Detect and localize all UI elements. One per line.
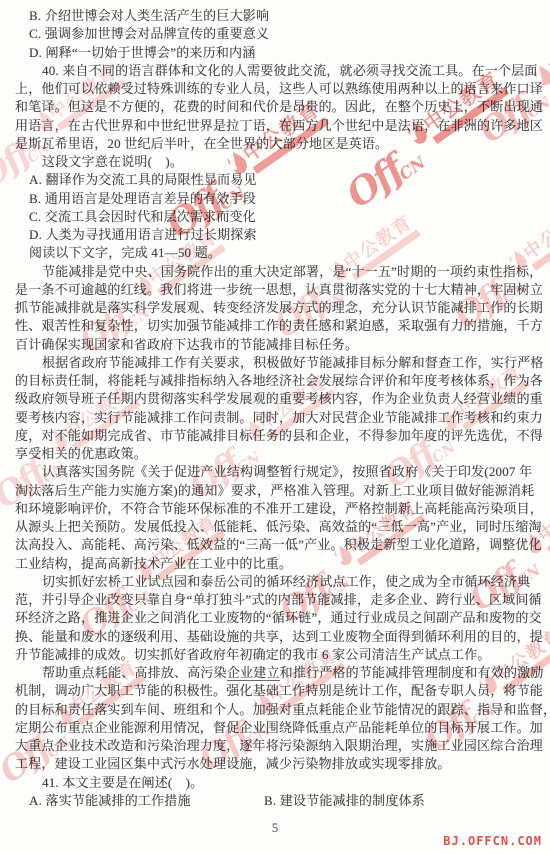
text-line: C. 强调参加世博会对品牌宣传的重要意义: [15, 25, 540, 43]
text-line: 用语言，在古代世界和中世纪世界是拉丁语，在西方几个世纪中是法语，在非洲的许多地区: [15, 117, 540, 135]
text-line: 的目标责任制，将能耗与减排指标纳入各地经济社会发展综合评价和年度考核体系，作为各: [15, 372, 540, 390]
text-line: 和笔译。但这是不方便的，花费的时间和代价是昂贵的。因此，在整个历史上，不断出现通: [15, 98, 540, 116]
text-line: B. 通用语言是处理语言差异的有效手段: [15, 190, 540, 208]
text-line: 工业结构，提高高新技术产业在工业中的比重。: [15, 555, 540, 573]
text-line: 淘汰落后生产能力实施方案)的通知》要求，严格准入管理。对新上工业项目做好能源消耗: [15, 482, 540, 500]
text-line: 是一条不可逾越的红线。我们将进一步统一思想，认真贯彻落实党的十七大精神，牢固树立: [15, 281, 540, 299]
document-page: OffCN中公教育OffCN中公教育OffCN中公教育OffCN中公教育OffC…: [0, 0, 550, 853]
text-line: 这段文字意在说明( )。: [15, 153, 540, 171]
site-watermark: BJ.OFFCN.COM: [443, 834, 542, 848]
text-line: 机制，调动广大职工节能的积极性。强化基础工作特别是统计工作，配备专职人员，将节能: [15, 682, 540, 700]
text-line: 大重点企业技术改造和污染治理力度，逐年将污染源纳入限期治理，实施工业园区综合治理: [15, 737, 540, 755]
text-line: 升节能减排的成效。切实抓好省政府年初确定的我市 6 家公司清洁生产试点工作。: [15, 646, 540, 664]
text-line: A. 翻译作为交流工具的局限性显而易见: [15, 171, 540, 189]
text-line: 从源头上把关预防。发展低投入、低能耗、低污染、高效益的“三低一高”产业，同时压缩…: [15, 518, 540, 536]
text-line: 工程，建设工业园区集中式污水处理设施，减少污染物排放或实现零排放。: [15, 755, 540, 773]
text-line: C. 交流工具会因时代和层次需求而变化: [15, 208, 540, 226]
text-line: 阅读以下文字，完成 41—50 题。: [15, 244, 540, 262]
text-line: 性、艰苦性和复杂性，切实加强节能减排工作的责任感和紧迫感，采取强有力的措施，千方: [15, 317, 540, 335]
text-line: 级政府领导班子任期内贯彻落实科学发展观的重要考核内容，作为企业负责人经营业绩的重: [15, 390, 540, 408]
text-line: B. 介绍世博会对人类生活产生的巨大影响: [15, 7, 540, 25]
text-line: D. 阐释“一切始于世博会”的来历和内涵: [15, 44, 540, 62]
text-line: 百计确保实现国家和省政府下达我市的节能减排目标任务。: [15, 336, 540, 354]
text-line: 节能减排是党中央、国务院作出的重大决定部署，是“十一五”时期的一项约束性指标，: [15, 263, 540, 281]
text-line: D. 人类为寻找通用语言进行过长期探索: [15, 226, 540, 244]
text-line: 换、能量和废水的逐级利用、基础设施的共享，达到工业废物全面得到循环利用的目的，提: [15, 628, 540, 646]
text-line: 根据省政府节能减排工作有关要求，积极做好节能减排目标分解和督查工作，实行严格: [15, 354, 540, 372]
text-line: 抓节能减排就是落实科学发展观、转变经济发展方式的理念，充分认识节能减排工作的长期: [15, 299, 540, 317]
text-segment: 帮助重点耗能、高排放、高污染: [42, 665, 227, 680]
text-line: 定期公布重点企业能源利用情况，督促企业围绕降低重点产品能耗单位的目标开展工作。加: [15, 719, 540, 737]
offcn-brand-name: 中公教育: [546, 18, 550, 79]
text-line: 的目标和责任落实到车间、班组和个人。加强对重点耗能企业节能情况的跟踪、指导和监督…: [15, 701, 540, 719]
option-left: A. 落实节能减排的工作措施: [29, 793, 191, 808]
text-line: 要考核内容，实行节能减排工作问责制。同时，加大对民营企业节能减排工作考核和约束力: [15, 409, 540, 427]
text-line: 是斯瓦希里语，20 世纪后半叶，在全世界的大部分地区是英语。: [15, 135, 540, 153]
text-line: 环经济之路，推进企业之间消化工业废物的“循环链”，通过行业成员之间副产品和废物的…: [15, 609, 540, 627]
text-line: 范，并引导企业改变只靠自身“单打独斗”式的内部节能减排，走多企业、跨行业、区域间…: [15, 591, 540, 609]
text-line: 切实抓好宏桥工业试点园和泰岳公司的循环经济试点工作，使之成为全市循环经济典: [15, 573, 540, 591]
text-line: A. 落实节能减排的工作措施B. 建设节能减排的制度体系: [15, 792, 540, 810]
text-line: 度，对不能如期完成省、市节能减排目标任务的县和企业，不得参加年度的评先选优，不得: [15, 427, 540, 445]
text-line: 帮助重点耗能、高排放、高污染企业建立和推行严格的节能减排管理制度和有效的激励: [15, 664, 540, 682]
text-line: 汰高投入、高能耗、高污染、低效益的“三高一低”产业。积极走新型工业化道路，调整优…: [15, 536, 540, 554]
text-line: 上，他们可以依赖受过特殊训练的专业人员，这些人可以熟练使用两种以上的语言来作口译: [15, 80, 540, 98]
text-line: 40. 来自不同的语言群体和文化的人需要彼此交流，就必须寻找交流工具。在一个层面: [15, 62, 540, 80]
text-line: 41. 本文主要是在阐述( )。: [15, 774, 540, 792]
text-line: 认真落实国务院《关于促进产业结构调整暂行规定》，按照省政府《关于印发(2007 …: [15, 463, 540, 481]
underlined-text: 企业建立: [227, 665, 280, 681]
option-right: B. 建设节能减排的制度体系: [264, 792, 425, 810]
text-line: 和环境影响评价，不符合节能环保标准的不准开工建设，严格控制新上高耗能高污染项目，: [15, 500, 540, 518]
document-text: B. 介绍世博会对人类生活产生的巨大影响C. 强调参加世博会对品牌宣传的重要意义…: [15, 7, 540, 810]
text-line: 享受相关的优惠政策。: [15, 445, 540, 463]
text-segment: 和推行严格的节能减排管理制度和有效的激励: [280, 665, 544, 680]
